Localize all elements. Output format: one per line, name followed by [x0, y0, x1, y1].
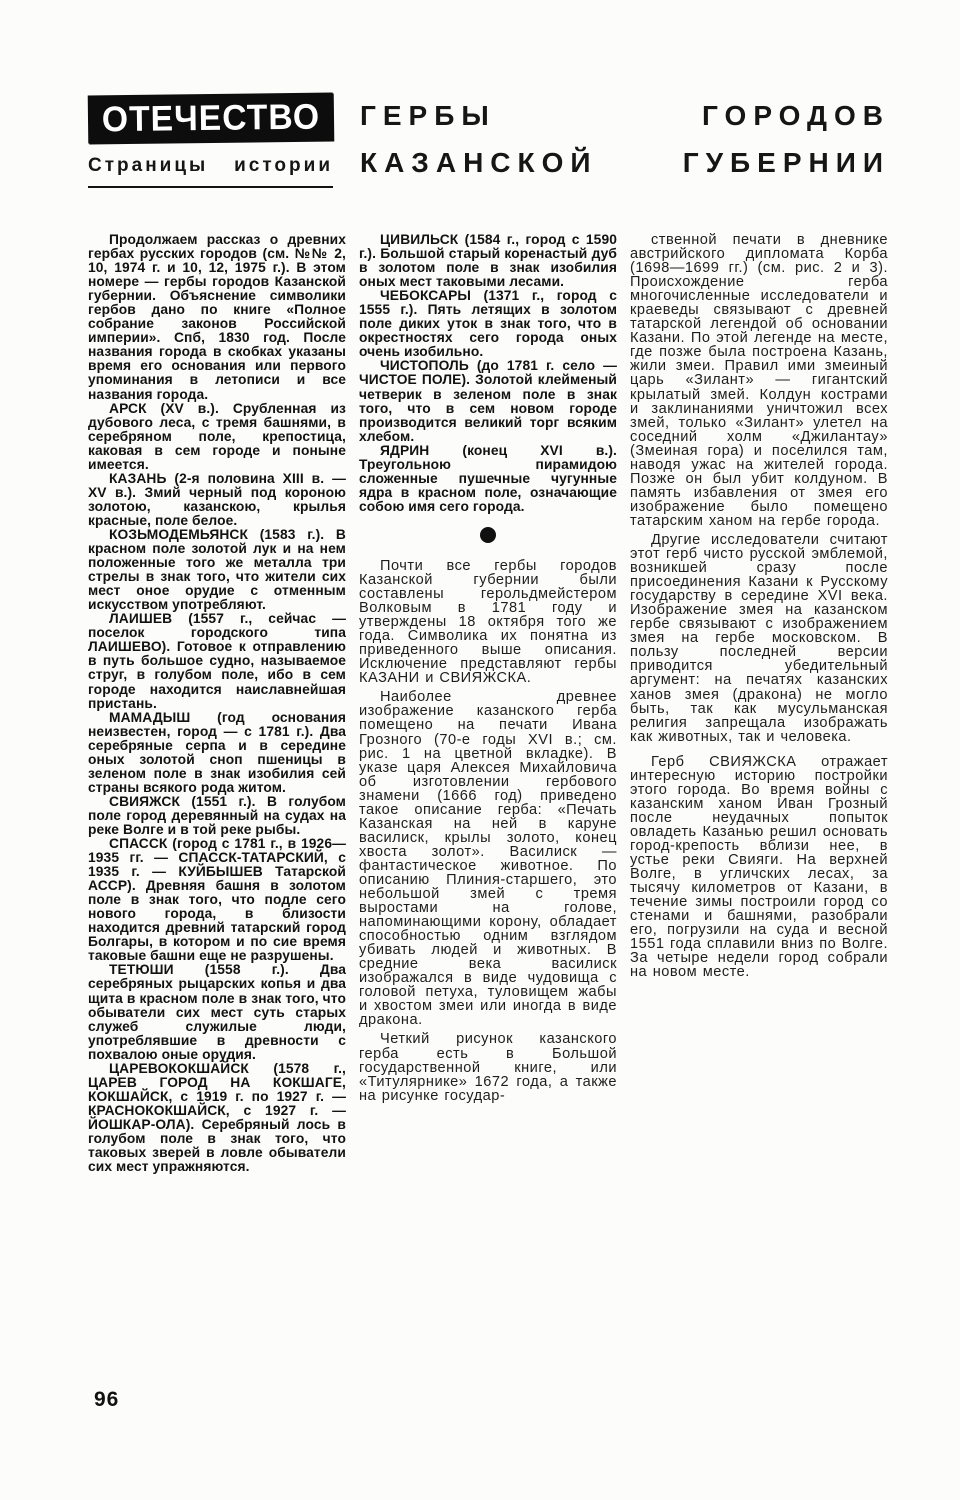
entry-chistopol: ЧИСТОПОЛЬ (до 1781 г. село — ЧИСТОЕ ПОЛЕ…: [359, 359, 617, 443]
article-paragraph-russian-emblem: Другие исследователи считают этот герб ч…: [630, 533, 888, 744]
article-paragraph-sviyazhsk-story: Герб СВИЯЖСКА отражает интересную истори…: [630, 755, 888, 980]
section-separator: [359, 527, 617, 543]
article-paragraph-titulyarnik: Четкий рисунок казанского герба есть в Б…: [359, 1032, 617, 1102]
article-paragraph-vasilisk: Наиболее древнее изображение казанского …: [359, 690, 617, 1027]
entry-kazan: КАЗАНЬ (2-я половина XIII в. — XV в.). З…: [88, 472, 346, 528]
entry-yadrin: ЯДРИН (конец XVI в.). Треугольною пирами…: [359, 444, 617, 514]
article-paragraph-volkov: Почти все гербы городов Казанской губерн…: [359, 559, 617, 685]
entry-laishev: ЛАИШЕВ (1557 г., сейчас — поселок городс…: [88, 612, 346, 710]
rubric-subtitle: Страницы истории: [88, 155, 333, 177]
article-title-line-2: КАЗАНСКОЙ ГУБЕРНИИ: [360, 139, 890, 186]
intro-paragraph: Продолжаем рассказ о древних гербах русс…: [88, 233, 346, 402]
entry-arsk: АРСК (XV в.). Срубленная из дубового лес…: [88, 402, 346, 472]
bullet-icon: [480, 527, 496, 543]
logo-text: ОТЕЧЕСТВО: [101, 96, 320, 140]
page-number: 96: [94, 1388, 119, 1412]
entry-kozmodemyansk: КОЗЬМОДЕМЬЯНСК (1583 г.). В красном поле…: [88, 528, 346, 612]
column-2: ЦИВИЛЬСК (1584 г., город с 1590 г.). Бол…: [359, 233, 617, 1174]
entry-tetyushi: ТЕТЮШИ (1558 г.). Два серебряных рыцарск…: [88, 963, 346, 1061]
entry-cheboksary: ЧЕБОКСАРЫ (1371 г., город с 1555 г.). Пя…: [359, 289, 617, 359]
entry-tsivilsk: ЦИВИЛЬСК (1584 г., город с 1590 г.). Бол…: [359, 233, 617, 289]
otechestvo-logo: ОТЕЧЕСТВО: [88, 93, 334, 144]
column-3: ственной печати в дневнике австрийского …: [630, 233, 888, 1174]
rubric-header: ОТЕЧЕСТВО Страницы истории: [88, 94, 333, 188]
article-title-line-1: ГЕРБЫ ГОРОДОВ: [360, 92, 890, 139]
entry-mamadysh: МАМАДЫШ (год основания неизвестен, город…: [88, 711, 346, 795]
article-title: ГЕРБЫ ГОРОДОВ КАЗАНСКОЙ ГУБЕРНИИ: [360, 92, 890, 186]
column-1: Продолжаем рассказ о древних гербах русс…: [88, 233, 346, 1174]
entry-tsarevokokshaysk: ЦАРЕВОКОКШАЙСК (1578 г., ЦАРЕВ ГОРОД НА …: [88, 1062, 346, 1174]
article-paragraph-korb: ственной печати в дневнике австрийского …: [630, 233, 888, 528]
header-rule: [88, 186, 333, 188]
magazine-page: ОТЕЧЕСТВО Страницы истории ГЕРБЫ ГОРОДОВ…: [0, 0, 960, 1500]
entry-sviyazhsk: СВИЯЖСК (1551 г.). В голубом поле город …: [88, 795, 346, 837]
entry-spassk: СПАССК (город с 1781 г., в 1926—1935 гг.…: [88, 837, 346, 963]
text-columns: Продолжаем рассказ о древних гербах русс…: [88, 233, 888, 1174]
